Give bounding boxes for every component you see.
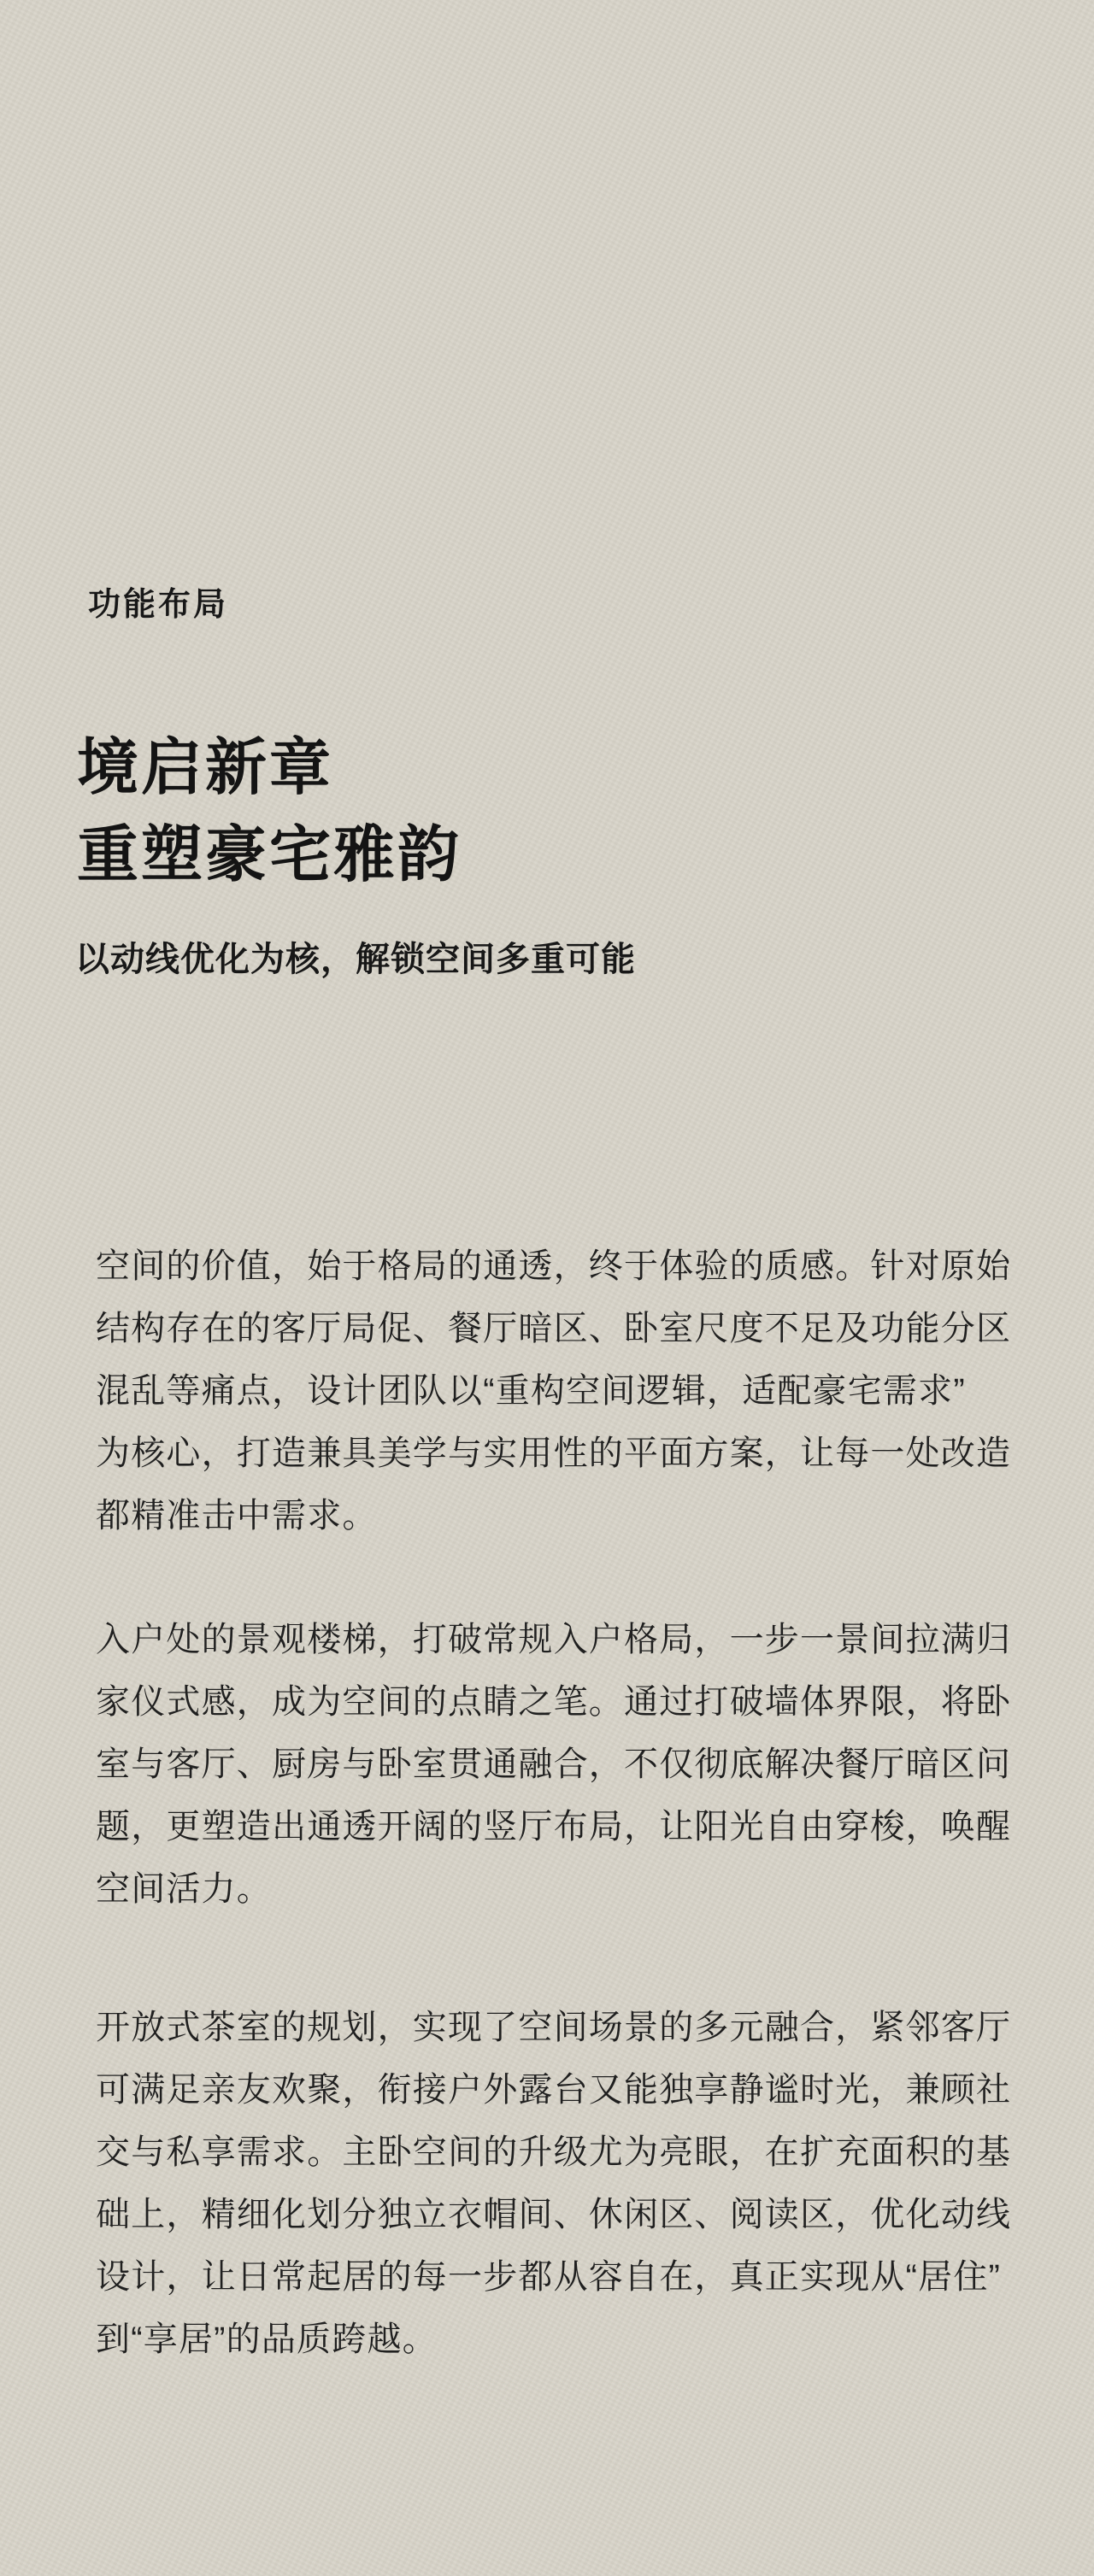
section-subtitle: 以动线优化为核，解锁空间多重可能 (75, 939, 636, 980)
page-title: 境启新章 重塑豪宅雅韵 (77, 725, 462, 899)
paragraph-entry-stairs: 入户处的景观楼梯，打破常规入户格局，一步一景间拉满归 家仪式感，成为空间的点睛之… (96, 1609, 1036, 1921)
paragraph-space-value: 空间的价值，始于格局的通透，终于体验的质感。针对原始 结构存在的客厅局促、餐厅暗… (96, 1235, 1036, 1547)
section-eyebrow: 功能布局 (88, 586, 228, 625)
paragraph-tea-room-master: 开放式茶室的规划，实现了空间场景的多元融合，紧邻客厅 可满足亲友欢聚，衔接户外露… (96, 1997, 1036, 2371)
